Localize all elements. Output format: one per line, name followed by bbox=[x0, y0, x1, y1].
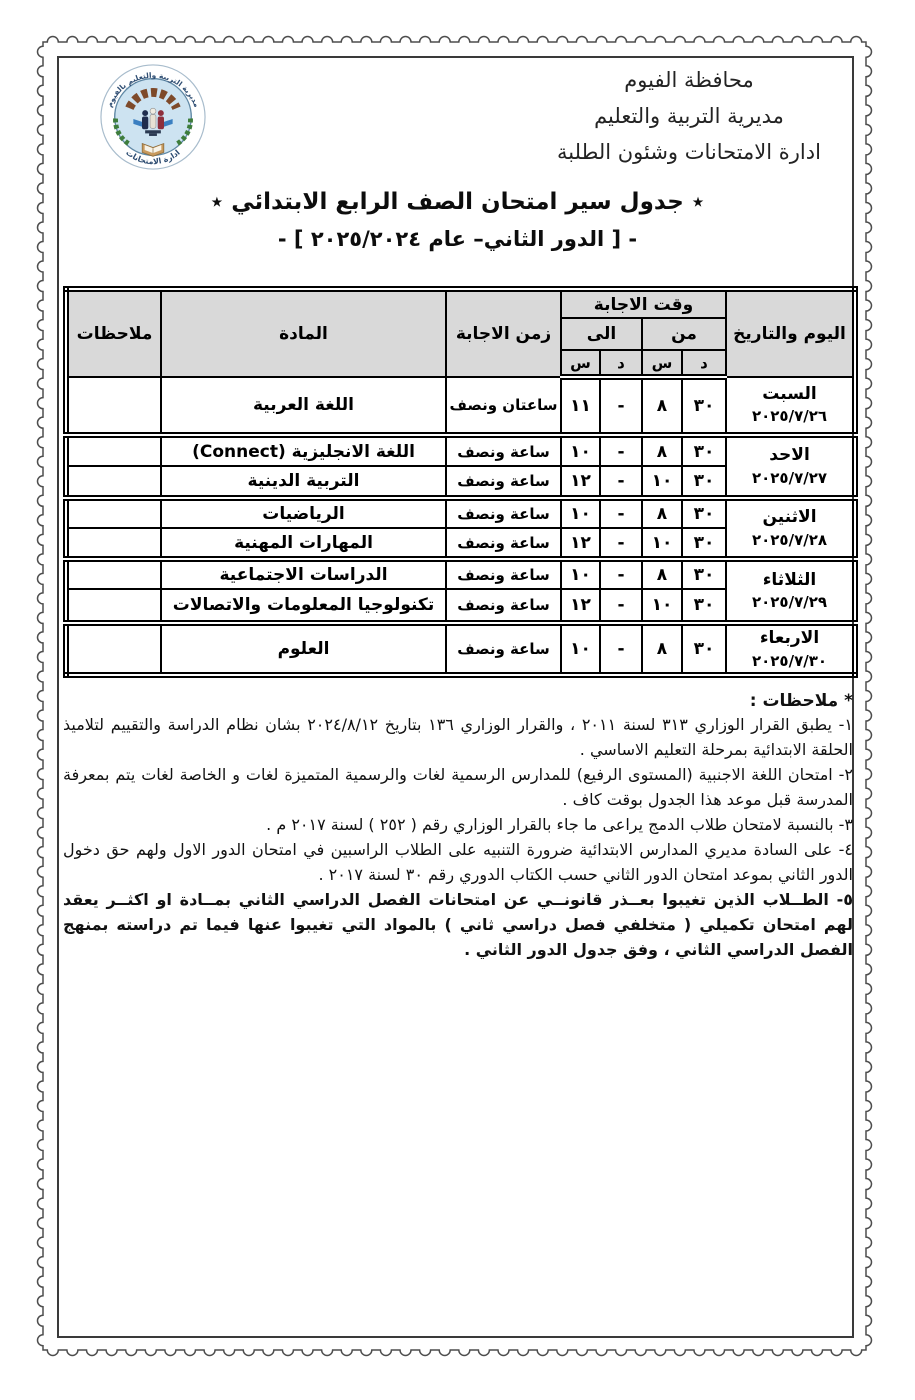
day-cell: الاحد ٢٠٢٥/٧/٢٧ bbox=[726, 435, 855, 498]
day-date: ٢٠٢٥/٧/٣٠ bbox=[727, 651, 852, 673]
notes-cell bbox=[66, 559, 161, 589]
duration-cell: ساعة ونصف bbox=[446, 623, 561, 675]
from-minutes-cell: ٣٠ bbox=[682, 498, 726, 528]
duration-cell: ساعة ونصف bbox=[446, 528, 561, 559]
notes-cell bbox=[66, 498, 161, 528]
duration-cell: ساعتان ونصف bbox=[446, 377, 561, 435]
to-minutes-cell: - bbox=[600, 466, 642, 498]
subject-cell: الرياضيات bbox=[161, 498, 446, 528]
day-cell: الاربعاء ٢٠٢٥/٧/٣٠ bbox=[726, 623, 855, 675]
subject-cell: التربية الدينية bbox=[161, 466, 446, 498]
exam-schedule-table: اليوم والتاريخ وقت الاجابة زمن الاجابة ا… bbox=[63, 286, 858, 678]
notes-section: * ملاحظات : ١- يطبق القرار الوزاري ٣١٣ ل… bbox=[63, 691, 853, 962]
to-hours-cell: ١١ bbox=[561, 377, 600, 435]
org-line-directorate: مديرية التربية والتعليم bbox=[509, 98, 869, 134]
to-minutes-cell: - bbox=[600, 623, 642, 675]
duration-cell: ساعة ونصف bbox=[446, 498, 561, 528]
to-hours-cell: ١٢ bbox=[561, 466, 600, 498]
day-name: السبت bbox=[727, 382, 852, 407]
to-minutes-cell: - bbox=[600, 498, 642, 528]
day-date: ٢٠٢٥/٧/٢٩ bbox=[727, 592, 852, 614]
header-from: من bbox=[642, 318, 726, 350]
duration-cell: ساعة ونصف bbox=[446, 589, 561, 623]
header-to-minutes: د bbox=[600, 350, 642, 377]
day-name: الاحد bbox=[727, 443, 852, 468]
from-hours-cell: ٨ bbox=[642, 377, 682, 435]
from-hours-cell: ١٠ bbox=[642, 589, 682, 623]
table-row: الاربعاء ٢٠٢٥/٧/٣٠ ٣٠ ٨ - ١٠ ساعة ونصف ا… bbox=[66, 623, 855, 675]
education-directorate-logo: مديرية التربية والتعليم بالفيوم ادارة ال… bbox=[99, 63, 207, 171]
header-subject: المادة bbox=[161, 289, 446, 377]
to-minutes-cell: - bbox=[600, 377, 642, 435]
from-minutes-cell: ٣٠ bbox=[682, 559, 726, 589]
note-item: ٣- بالنسبة لامتحان طلاب الدمج يراعى ما ج… bbox=[63, 812, 853, 837]
day-cell: الثلاثاء ٢٠٢٥/٧/٢٩ bbox=[726, 559, 855, 623]
from-minutes-cell: ٣٠ bbox=[682, 623, 726, 675]
day-name: الاثنين bbox=[727, 505, 852, 530]
from-minutes-cell: ٣٠ bbox=[682, 528, 726, 559]
day-cell: الاثنين ٢٠٢٥/٧/٢٨ bbox=[726, 498, 855, 559]
subject-cell: العلوم bbox=[161, 623, 446, 675]
day-date: ٢٠٢٥/٧/٢٨ bbox=[727, 530, 852, 552]
to-hours-cell: ١٠ bbox=[561, 559, 600, 589]
from-minutes-cell: ٣٠ bbox=[682, 435, 726, 466]
day-name: الاربعاء bbox=[727, 626, 852, 651]
header-to-hours: س bbox=[561, 350, 600, 377]
to-hours-cell: ١٠ bbox=[561, 623, 600, 675]
notes-cell bbox=[66, 435, 161, 466]
day-date: ٢٠٢٥/٧/٢٦ bbox=[727, 406, 852, 428]
day-date: ٢٠٢٥/٧/٢٧ bbox=[727, 468, 852, 490]
org-line-governorate: محافظة الفيوم bbox=[509, 62, 869, 98]
subject-cell: اللغة العربية bbox=[161, 377, 446, 435]
to-minutes-cell: - bbox=[600, 559, 642, 589]
notes-cell bbox=[66, 589, 161, 623]
to-minutes-cell: - bbox=[600, 435, 642, 466]
table-row: السبت ٢٠٢٥/٧/٢٦ ٣٠ ٨ - ١١ ساعتان ونصف ال… bbox=[66, 377, 855, 435]
subject-cell: تكنولوجيا المعلومات والاتصالات bbox=[161, 589, 446, 623]
from-minutes-cell: ٣٠ bbox=[682, 589, 726, 623]
page-title: ٭ جدول سير امتحان الصف الرابع الابتدائي … bbox=[0, 189, 915, 215]
note-item: ٢- امتحان اللغة الاجنبية (المستوى الرفيع… bbox=[63, 762, 853, 812]
duration-cell: ساعة ونصف bbox=[446, 466, 561, 498]
notes-cell bbox=[66, 377, 161, 435]
table-row: الاحد ٢٠٢٥/٧/٢٧ ٣٠ ٨ - ١٠ ساعة ونصف اللغ… bbox=[66, 435, 855, 466]
note-item: ٤- على السادة مديري المدارس الابتدائية ض… bbox=[63, 837, 853, 887]
from-minutes-cell: ٣٠ bbox=[682, 466, 726, 498]
from-hours-cell: ٨ bbox=[642, 559, 682, 589]
to-minutes-cell: - bbox=[600, 528, 642, 559]
from-hours-cell: ١٠ bbox=[642, 528, 682, 559]
to-hours-cell: ١٢ bbox=[561, 528, 600, 559]
scanned-document-page: مديرية التربية والتعليم بالفيوم ادارة ال… bbox=[0, 0, 915, 1400]
notes-cell bbox=[66, 623, 161, 675]
header-notes: ملاحظات bbox=[66, 289, 161, 377]
from-hours-cell: ٨ bbox=[642, 623, 682, 675]
day-name: الثلاثاء bbox=[727, 568, 852, 593]
duration-cell: ساعة ونصف bbox=[446, 559, 561, 589]
header-duration: زمن الاجابة bbox=[446, 289, 561, 377]
day-cell: السبت ٢٠٢٥/٧/٢٦ bbox=[726, 377, 855, 435]
header-day-date: اليوم والتاريخ bbox=[726, 289, 855, 377]
subject-cell: اللغة الانجليزية (Connect) bbox=[161, 435, 446, 466]
to-minutes-cell: - bbox=[600, 589, 642, 623]
logo-figures-icon bbox=[142, 108, 164, 136]
header-to: الى bbox=[561, 318, 642, 350]
note-item: ٥- الطــلاب الذين تغيبوا بعــذر قانونــي… bbox=[63, 887, 853, 962]
from-hours-cell: ٨ bbox=[642, 435, 682, 466]
org-header-block: محافظة الفيوم مديرية التربية والتعليم اد… bbox=[509, 62, 869, 170]
notes-cell bbox=[66, 528, 161, 559]
logo-seal-icon: مديرية التربية والتعليم بالفيوم ادارة ال… bbox=[99, 63, 207, 171]
subject-cell: الدراسات الاجتماعية bbox=[161, 559, 446, 589]
page-subtitle: - [ الدور الثاني– عام ٢٠٢٥/٢٠٢٤ ] - bbox=[0, 227, 915, 251]
from-hours-cell: ٨ bbox=[642, 498, 682, 528]
subject-cell: المهارات المهنية bbox=[161, 528, 446, 559]
org-line-administration: ادارة الامتحانات وشئون الطلبة bbox=[509, 134, 869, 170]
to-hours-cell: ١٢ bbox=[561, 589, 600, 623]
header-from-minutes: د bbox=[682, 350, 726, 377]
note-item: ١- يطبق القرار الوزاري ٣١٣ لسنة ٢٠١١ ، و… bbox=[63, 712, 853, 762]
table-row: الثلاثاء ٢٠٢٥/٧/٢٩ ٣٠ ٨ - ١٠ ساعة ونصف ا… bbox=[66, 559, 855, 589]
to-hours-cell: ١٠ bbox=[561, 435, 600, 466]
to-hours-cell: ١٠ bbox=[561, 498, 600, 528]
notes-heading: * ملاحظات : bbox=[63, 691, 853, 711]
from-hours-cell: ١٠ bbox=[642, 466, 682, 498]
header-answer-time: وقت الاجابة bbox=[561, 289, 726, 318]
notes-cell bbox=[66, 466, 161, 498]
table-row: الاثنين ٢٠٢٥/٧/٢٨ ٣٠ ٨ - ١٠ ساعة ونصف ال… bbox=[66, 498, 855, 528]
duration-cell: ساعة ونصف bbox=[446, 435, 561, 466]
header-from-hours: س bbox=[642, 350, 682, 377]
from-minutes-cell: ٣٠ bbox=[682, 377, 726, 435]
